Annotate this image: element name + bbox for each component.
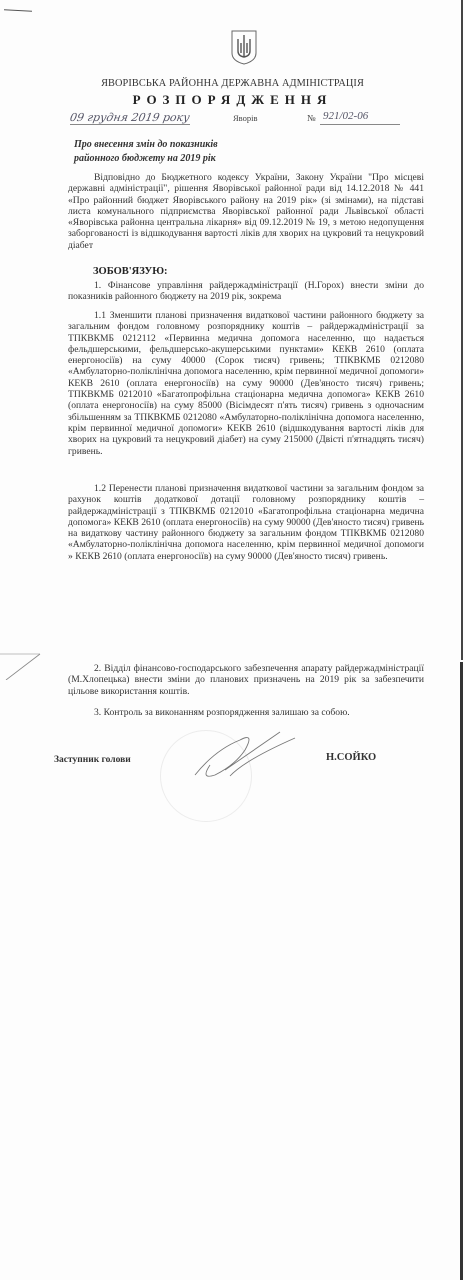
- item-2: 2. Відділ фінансово-господарського забез…: [68, 663, 424, 697]
- number-underline: [320, 124, 400, 125]
- signatory-name: Н.СОЙКО: [326, 752, 376, 763]
- organization-name: ЯВОРІВСЬКА РАЙОННА ДЕРЖАВНА АДМІНІСТРАЦІ…: [0, 78, 465, 89]
- scan-edge: [460, 662, 463, 1280]
- signatory-title: Заступник голови: [54, 755, 131, 765]
- document-date: 09 грудня 2019 року: [69, 111, 191, 124]
- document-type: РОЗПОРЯДЖЕННЯ: [0, 92, 465, 108]
- handwritten-signature: [185, 720, 305, 800]
- preamble: Відповідно до Бюджетного кодексу України…: [68, 172, 424, 251]
- coat-of-arms-icon: [230, 29, 258, 65]
- date-underline: [70, 124, 190, 125]
- item-1: 1. Фінансове управління райдержадміністр…: [68, 280, 424, 303]
- item-1-1: 1.1 Зменшити планові призначення видатко…: [68, 310, 424, 457]
- document-number: 921/02-06: [323, 110, 368, 122]
- obligate-heading: ЗОБОВ'ЯЗУЮ:: [93, 266, 168, 277]
- scan-mark: [4, 9, 32, 11]
- number-label: №: [307, 113, 316, 123]
- item-1-2: 1.2 Перенести планові призначення видатк…: [68, 483, 424, 562]
- subject-line: Про внесення змін до показників: [74, 138, 244, 152]
- document-subject: Про внесення змін до показників районног…: [74, 138, 244, 166]
- city: Яворів: [233, 113, 258, 123]
- item-3: 3. Контроль за виконанням розпорядження …: [68, 707, 424, 718]
- subject-line: районного бюджету на 2019 рік: [74, 152, 244, 166]
- scan-slash-mark: [0, 640, 45, 680]
